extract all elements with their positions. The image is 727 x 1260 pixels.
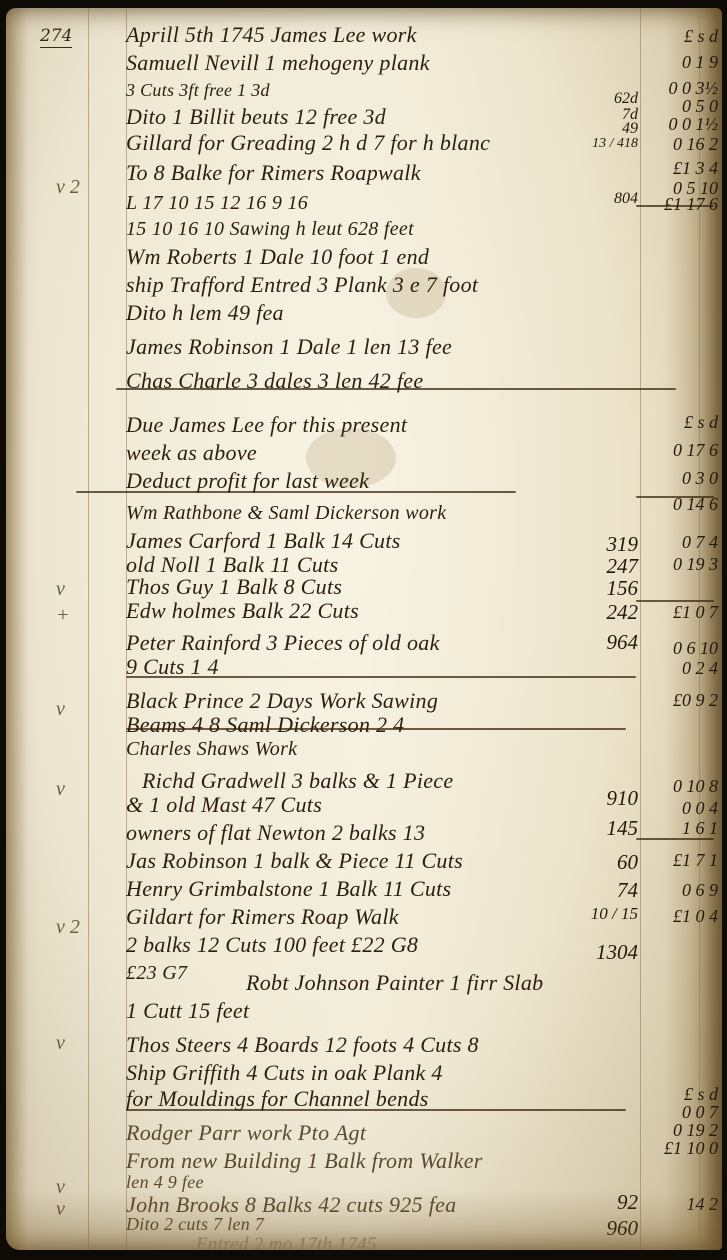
money-header: £ s d [646,412,718,433]
quantity: 804 [578,190,638,208]
quantity: 10 / 15 [578,904,638,924]
ledger-line: Peter Rainford 3 Pieces of old oak [126,630,440,656]
ledger-line: ship Trafford Entred 3 Plank 3 e 7 foot [126,272,478,298]
margin-check-mark: v 2 [56,916,80,939]
ledger-line: 1 Cutt 15 feet [126,998,249,1024]
money-amount: 14 2 [646,1194,718,1215]
ledger-line: Charles Shaws Work [126,738,297,761]
money-amount: 0 16 2 [646,134,718,155]
money-header: £ s d [646,26,718,47]
ledger-line: Due James Lee for this present [126,412,407,438]
money-amount: 0 17 6 [646,440,718,461]
quantity: 1304 [578,940,638,965]
ledger-line: Aprill 5th 1745 James Lee work [126,22,417,48]
quantity: 74 [578,878,638,903]
ledger-line: 2 balks 12 Cuts 100 feet £22 G8 [126,932,418,958]
ledger-line: Edw holmes Balk 22 Cuts [126,598,359,624]
ledger-line: owners of flat Newton 2 balks 13 [126,820,425,846]
quantity: 60 [578,850,638,875]
ledger-line: week as above [126,440,257,466]
ledger-line: len 4 9 fee [126,1172,204,1193]
ledger-line: Gildart for Rimers Roap Walk [126,904,399,930]
ledger-line: 3 Cuts 3ft free 1 3d [126,80,270,101]
ledger-line: Gillard for Greading 2 h d 7 for h blanc [126,130,490,156]
ledger-line: James Robinson 1 Dale 1 len 13 fee [126,334,452,360]
margin-check-mark: v [56,1032,65,1055]
money-amount: 0 6 10 [646,638,718,659]
ledger-line: L 17 10 15 12 16 9 16 [126,192,308,215]
margin-check-mark: v [56,778,65,801]
quantity: 910 [578,786,638,811]
money-amount: 0 6 9 [646,880,718,901]
ledger-line: Rodger Parr work Pto Agt [126,1120,366,1146]
margin-check-mark: v 2 [56,176,80,199]
money-total: £1 17 6 [646,194,718,215]
money-total: £1 7 1 [646,850,718,871]
ledger-line: Robt Johnson Painter 1 firr Slab [246,970,543,996]
margin-check-mark: v [56,1176,65,1199]
ledger-line: Henry Grimbalstone 1 Balk 11 Cuts [126,876,451,902]
money-amount: 1 6 1 [646,818,718,839]
ledger-line: Jas Robinson 1 balk & Piece 11 Cuts [126,848,463,874]
ledger-line: James Carford 1 Balk 14 Cuts [126,528,401,554]
money-amount: 0 10 8 [646,776,718,797]
ledger-line: To 8 Balke for Rimers Roapwalk [126,160,421,186]
ledger-line: £23 G7 [126,962,187,985]
money-total: £1 10 0 [646,1138,718,1159]
money-total: £0 9 2 [646,690,718,711]
quantity: 964 [578,630,638,655]
margin-rule-left [88,8,89,1250]
ledger-line: Dito 1 Billit beuts 12 free 3d [126,104,386,130]
quantity: 92 [578,1190,638,1215]
quantity: 156 [578,576,638,601]
money-total: £1 0 4 [646,906,718,927]
ledger-line: 9 Cuts 1 4 [126,654,219,680]
ledger-line: Beams 4 8 Saml Dickerson 2 4 [126,712,404,738]
ledger-line: John Brooks 8 Balks 42 cuts 925 fea [126,1192,456,1218]
ledger-line: Ship Griffith 4 Cuts in oak Plank 4 [126,1060,443,1086]
money-amount: 0 7 4 [646,532,718,553]
ledger-line: Dito h lem 49 fea [126,300,284,326]
ledger-line: Richd Gradwell 3 balks & 1 Piece [142,768,453,794]
ledger-line: 15 10 16 10 Sawing h leut 628 feet [126,218,414,241]
margin-cross-mark: + [56,604,70,627]
money-amount: 0 0 4 [646,798,718,819]
rule-money-pounds [640,8,641,1250]
money-total: £1 0 7 [646,602,718,623]
ledger-line: Black Prince 2 Days Work Sawing [126,688,438,714]
ledger-line: Samuell Nevill 1 mehogeny plank [126,50,430,76]
quantity: 242 [578,600,638,625]
margin-check-mark: v [56,1198,65,1221]
ledger-line: Deduct profit for last week [126,468,369,494]
quantity: 145 [578,816,638,841]
ledger-line: Dito 2 cuts 7 len 7 [126,1214,264,1235]
money-total: 0 14 6 [646,494,718,515]
ledger-line: Thos Steers 4 Boards 12 foots 4 Cuts 8 [126,1032,479,1058]
ledger-line: Thos Guy 1 Balk 8 Cuts [126,574,342,600]
margin-check-mark: v [56,698,65,721]
ledger-line: From new Building 1 Balk from Walker [126,1148,483,1174]
ledger-line: Wm Rathbone & Saml Dickerson work [126,502,446,525]
ledger-page: 274 Aprill 5th 1745 James Lee work £ s d… [6,8,722,1250]
quantity: 13 / 418 [578,136,638,152]
margin-check-mark: v [56,578,65,601]
quantity: 960 [578,1216,638,1241]
money-amount: £1 3 4 [646,158,718,179]
page-number: 274 [40,26,72,48]
money-amount: 0 19 3 [646,554,718,575]
ledger-line: Wm Roberts 1 Dale 10 foot 1 end [126,244,429,270]
entry-note: Entred 2 mo 17th 1745 [196,1234,377,1256]
money-amount: 0 1 9 [646,52,718,73]
money-amount: 0 2 4 [646,658,718,679]
money-amount: 0 3 0 [646,468,718,489]
ledger-line: & 1 old Mast 47 Cuts [126,792,322,818]
ledger-line: Chas Charle 3 dales 3 len 42 fee [126,368,423,394]
money-amount: 0 0 1½ [646,114,718,135]
ledger-line: for Mouldings for Channel bends [126,1086,429,1112]
